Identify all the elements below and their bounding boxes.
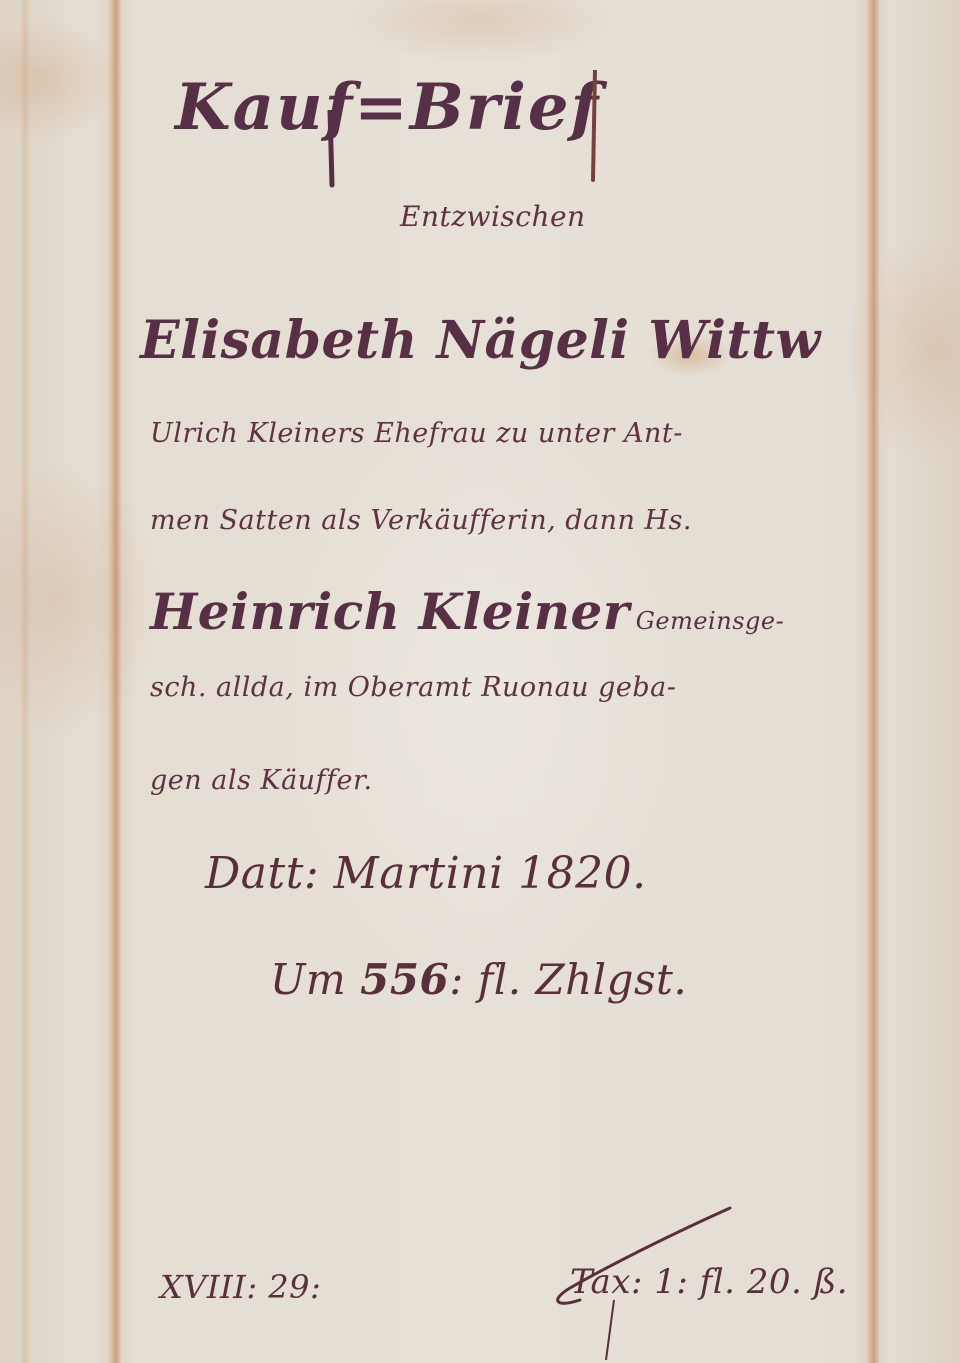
text-line-3: sch. allda, im Oberamt Ruonau geba- bbox=[150, 672, 676, 703]
seller-name: Elisabeth Nägeli Wittw bbox=[140, 310, 821, 371]
buyer-line: Heinrich KleinerGemeinsge- bbox=[150, 582, 784, 641]
edge-stain bbox=[20, 0, 30, 1363]
tax-note: Tax: 1: fl. 20. ß. bbox=[570, 1262, 848, 1302]
fold-line-right bbox=[866, 0, 880, 1363]
document-page: Kauf=Brief Entzwischen Elisabeth Nägeli … bbox=[0, 0, 960, 1363]
document-subtitle: Entzwischen bbox=[400, 200, 586, 233]
price-amount: 556 bbox=[360, 955, 449, 1004]
text-line-2: men Satten als Verkäufferin, dann Hs. bbox=[150, 505, 692, 536]
document-title: Kauf=Brief bbox=[175, 70, 600, 145]
fold-extension-stroke bbox=[600, 1300, 620, 1363]
price-line: Um 556: fl. Zhlgst. bbox=[270, 955, 687, 1004]
price-prefix: Um bbox=[270, 955, 346, 1004]
buyer-name: Heinrich Kleiner bbox=[150, 582, 630, 641]
archive-reference: XVIII: 29: bbox=[160, 1268, 321, 1306]
text-line-4: gen als Käuffer. bbox=[150, 765, 373, 796]
text-line-1: Ulrich Kleiners Ehefrau zu unter Ant- bbox=[150, 418, 683, 449]
price-suffix: : fl. Zhlgst. bbox=[449, 955, 687, 1004]
buyer-name-suffix: Gemeinsge- bbox=[636, 607, 784, 635]
fold-line-left bbox=[108, 0, 122, 1363]
date-line: Datt: Martini 1820. bbox=[205, 848, 647, 899]
